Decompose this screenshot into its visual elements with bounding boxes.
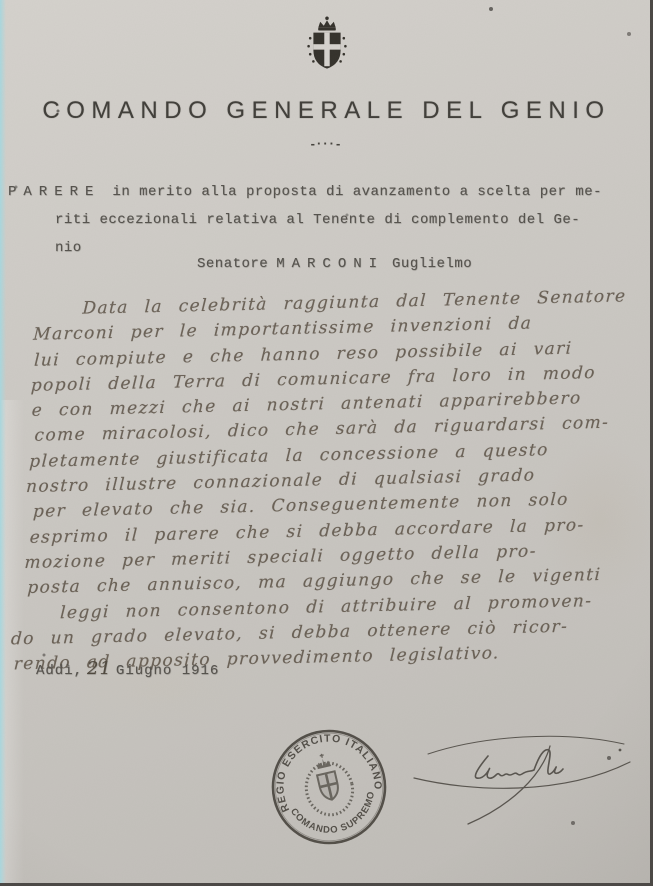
handwritten-text: Data la celebrità raggiunta dal Tenente … [17, 284, 651, 678]
photo-left-edge [0, 0, 6, 886]
subject-name: MARCONI [276, 256, 384, 272]
date-rest: Giugno 1916 [116, 663, 219, 679]
stamp-center-crest-icon [299, 749, 358, 820]
subject-prefix: Senatore [197, 256, 268, 272]
parere-label: PARERE [8, 184, 100, 200]
date-prefix: Addì, [36, 663, 83, 679]
typed-line-2: riti eccezionali relativa al Tenente di … [8, 206, 648, 234]
subject-line: SenatoreMARCONIGuglielmo [0, 256, 653, 272]
typed-heading: PAREREin merito alla proposta di avanzam… [8, 178, 648, 262]
title-ornament: -···- [0, 136, 653, 151]
savoy-crest-icon [303, 14, 351, 80]
subject-suffix: Guglielmo [392, 256, 472, 272]
document-photo: COMANDO GENERALE DEL GENIO -···- PAREREi… [0, 0, 653, 886]
date-line: Addì,21Giugno 1916 [36, 658, 219, 679]
typed-line-1: PAREREin merito alla proposta di avanzam… [8, 178, 648, 206]
document-title: COMANDO GENERALE DEL GENIO [0, 97, 653, 125]
typed-line-1-rest: in merito alla proposta di avanzamento a… [112, 184, 602, 200]
signature [392, 728, 648, 832]
date-day-handwritten: 21 [87, 658, 112, 679]
